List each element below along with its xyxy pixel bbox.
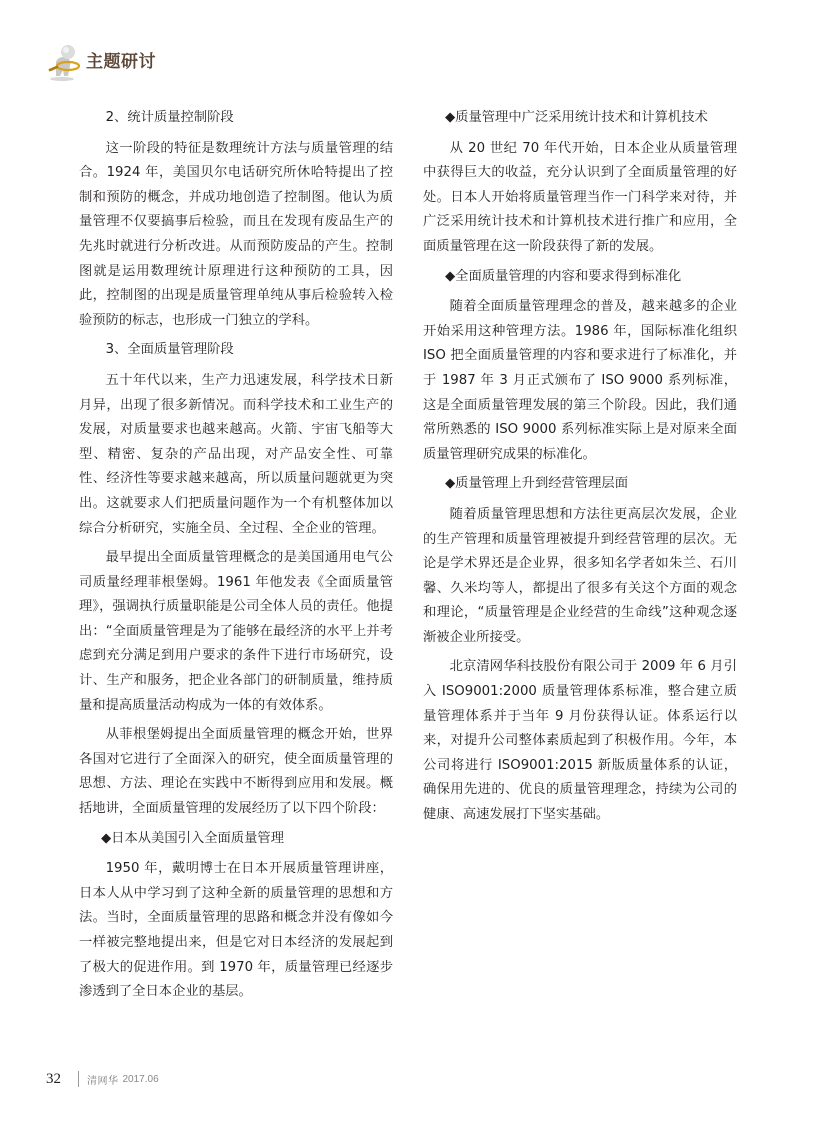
paragraph: 从 20 世纪 70 年代开始，日本企业从质量管理中获得巨大的收益，充分认识到了… [423, 137, 737, 260]
paragraph: 最早提出全面质量管理概念的是美国通用电气公司质量经理菲根堡姆。1961 年他发表… [79, 546, 393, 718]
bullet-heading: ◆质量管理中广泛采用统计技术和计算机技术 [423, 106, 737, 131]
paragraph: 1950 年，戴明博士在日本开展质量管理讲座，日本人从中学习到了这种全新的质量管… [79, 857, 393, 1005]
paragraph: 从菲根堡姆提出全面质量管理的概念开始，世界各国对它进行了全面深入的研究，使全面质… [79, 723, 393, 821]
paragraph: 北京清网华科技股份有限公司于 2009 年 6 月引入 ISO9001:2000… [423, 655, 737, 827]
page-footer: 32 清网华 2017.06 [46, 1068, 159, 1090]
subheading-total-quality-management: 3、全面质量管理阶段 [79, 338, 393, 363]
paragraph: 随着质量管理思想和方法往更高层次发展，企业的生产管理和质量管理被提升到经营管理的… [423, 503, 737, 651]
bullet-heading: ◆日本从美国引入全面质量管理 [79, 827, 393, 852]
paragraph: 这一阶段的特征是数理统计方法与质量管理的结合。1924 年，美国贝尔电话研究所休… [79, 137, 393, 334]
footer-divider [78, 1071, 79, 1087]
paragraph: 随着全面质量管理理念的普及，越来越多的企业开始采用这种管理方法。1986 年，国… [423, 295, 737, 467]
subheading-statistical-quality-control: 2、统计质量控制阶段 [79, 106, 393, 131]
page-number: 32 [46, 1071, 66, 1088]
bullet-heading: ◆全面质量管理的内容和要求得到标准化 [423, 265, 737, 290]
mascot-magnifier-icon [44, 42, 84, 82]
footer-brand: 清网华 [87, 1072, 119, 1087]
bullet-heading: ◆质量管理上升到经营管理层面 [423, 472, 737, 497]
right-column: ◆质量管理中广泛采用统计技术和计算机技术 从 20 世纪 70 年代开始，日本企… [423, 106, 737, 833]
section-title: 主题研讨 [86, 42, 156, 82]
page-header: 主题研讨 [44, 42, 156, 82]
paragraph: 五十年代以来，生产力迅速发展，科学技术日新月异，出现了很多新情况。而科学技术和工… [79, 369, 393, 541]
footer-issue-date: 2017.06 [123, 1074, 159, 1085]
left-column: 2、统计质量控制阶段 这一阶段的特征是数理统计方法与质量管理的结合。1924 年… [79, 106, 393, 1010]
